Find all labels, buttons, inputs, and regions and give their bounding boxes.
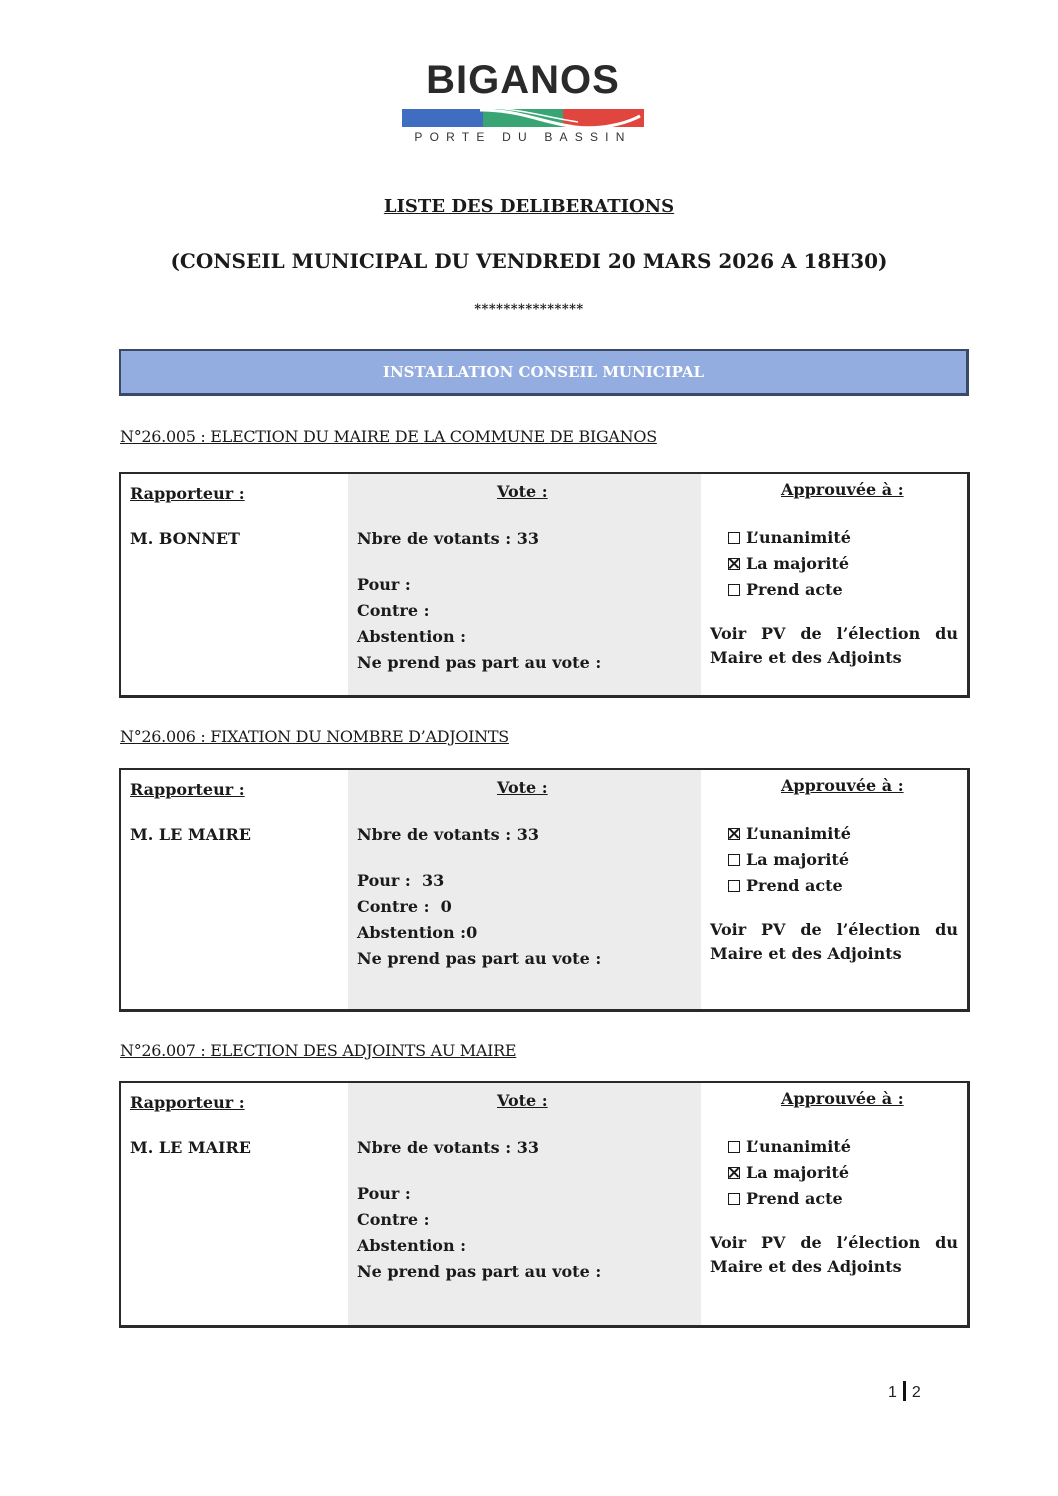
votants-value: 33 xyxy=(517,825,539,844)
abstention-row: Abstention : xyxy=(357,624,601,650)
logo-tagline: PORTE DU BASSIN xyxy=(400,130,646,144)
page-separator xyxy=(903,1381,906,1401)
ne-prend-pas-part-row: Ne prend pas part au vote : xyxy=(357,650,601,676)
option-label: Prend acte xyxy=(746,1189,843,1208)
option-majorite: La majorité xyxy=(728,1160,851,1186)
option-prend-acte: Prend acte xyxy=(728,873,851,899)
abstention-label: Abstention : xyxy=(357,627,466,646)
votants-label: Nbre de votants : xyxy=(357,825,511,844)
deliberation-title: N°26.007 : ELECTION DES ADJOINTS AU MAIR… xyxy=(120,1041,516,1060)
rapporteur-name: M. LE MAIRE xyxy=(130,1138,251,1157)
votants-value: 33 xyxy=(517,529,539,548)
abstention-row: Abstention : xyxy=(357,1233,601,1259)
note-word: l’élection xyxy=(837,1231,921,1255)
pour-label: Pour : xyxy=(357,575,411,594)
option-label: Prend acte xyxy=(746,580,843,599)
contre-label: Contre : xyxy=(357,601,430,620)
approuvee-label: Approuvée à : xyxy=(781,1089,904,1108)
vote-label: Vote : xyxy=(497,778,548,797)
rapporteur-name: M. LE MAIRE xyxy=(130,825,251,844)
checkbox-icon xyxy=(728,880,740,892)
pour-label: Pour : xyxy=(357,1184,411,1203)
note-word: Voir xyxy=(710,1231,746,1255)
abstention-value: 0 xyxy=(466,923,477,942)
checkbox-icon xyxy=(728,1141,740,1153)
deliberation-card: Rapporteur : M. LE MAIRE Vote : Nbre de … xyxy=(119,768,970,1012)
pv-note-line1: Voir PV de l’élection du xyxy=(710,1231,958,1255)
pv-note-line2: Maire et des Adjoints xyxy=(710,1255,958,1279)
option-unanimite: L’unanimité xyxy=(728,525,851,551)
abstention-label: Abstention : xyxy=(357,1236,466,1255)
note-word: du xyxy=(935,918,958,942)
option-unanimite: L’unanimité xyxy=(728,1134,851,1160)
deliberation-title: N°26.005 : ELECTION DU MAIRE DE LA COMMU… xyxy=(120,427,657,446)
option-prend-acte: Prend acte xyxy=(728,577,851,603)
pv-note: Voir PV de l’élection du Maire et des Ad… xyxy=(710,1231,958,1279)
option-label: La majorité xyxy=(746,1163,849,1182)
logo-wave-icon xyxy=(400,108,646,130)
vote-details: Nbre de votants : 33 Pour : 33 Contre : … xyxy=(357,822,601,972)
ne-prend-pas-part-label: Ne prend pas part au vote : xyxy=(357,653,601,672)
pv-note-line1: Voir PV de l’élection du xyxy=(710,918,958,942)
page-number: 12 xyxy=(888,1381,921,1402)
checkbox-icon xyxy=(728,584,740,596)
pv-note: Voir PV de l’élection du Maire et des Ad… xyxy=(710,622,958,670)
votants-value: 33 xyxy=(517,1138,539,1157)
contre-row: Contre : xyxy=(357,598,601,624)
pour-label: Pour : xyxy=(357,871,411,890)
note-word: l’élection xyxy=(837,622,921,646)
note-word: l’élection xyxy=(837,918,921,942)
option-majorite: La majorité xyxy=(728,847,851,873)
ne-prend-pas-part-row: Ne prend pas part au vote : xyxy=(357,1259,601,1285)
option-majorite: La majorité xyxy=(728,551,851,577)
note-word: de xyxy=(800,1231,821,1255)
deliberation-card: Rapporteur : M. BONNET Vote : Nbre de vo… xyxy=(119,472,970,698)
rapporteur-label: Rapporteur : xyxy=(130,780,245,799)
logo-wordmark: BIGANOS xyxy=(400,58,646,103)
approval-options: L’unanimité La majorité Prend acte xyxy=(728,1134,851,1212)
pour-value: 33 xyxy=(422,871,444,890)
rapporteur-name: M. BONNET xyxy=(130,529,240,548)
checkbox-icon xyxy=(728,854,740,866)
checked-box-icon xyxy=(728,558,740,570)
contre-value: 0 xyxy=(441,897,452,916)
deliberation-title: N°26.006 : FIXATION DU NOMBRE D’ADJOINTS xyxy=(120,727,509,746)
option-label: La majorité xyxy=(746,850,849,869)
section-banner: INSTALLATION CONSEIL MUNICIPAL xyxy=(119,349,969,396)
option-label: Prend acte xyxy=(746,876,843,895)
pv-note-line1: Voir PV de l’élection du xyxy=(710,622,958,646)
pv-note-line2: Maire et des Adjoints xyxy=(710,646,958,670)
approval-options: L’unanimité La majorité Prend acte xyxy=(728,821,851,899)
note-word: Voir xyxy=(710,918,746,942)
votants-label: Nbre de votants : xyxy=(357,529,511,548)
contre-label: Contre : xyxy=(357,1210,430,1229)
note-word: PV xyxy=(761,622,785,646)
biganos-logo: BIGANOS PORTE DU BASSIN xyxy=(400,62,646,137)
pv-note-line2: Maire et des Adjoints xyxy=(710,942,958,966)
note-word: de xyxy=(800,918,821,942)
option-unanimite: L’unanimité xyxy=(728,821,851,847)
separator-stars: *************** xyxy=(0,302,1058,317)
pv-note: Voir PV de l’élection du Maire et des Ad… xyxy=(710,918,958,966)
votants-row: Nbre de votants : 33 xyxy=(357,1135,601,1161)
option-prend-acte: Prend acte xyxy=(728,1186,851,1212)
option-label: L’unanimité xyxy=(746,824,851,843)
rapporteur-label: Rapporteur : xyxy=(130,1093,245,1112)
deliberation-card: Rapporteur : M. LE MAIRE Vote : Nbre de … xyxy=(119,1081,970,1328)
abstention-row: Abstention :0 xyxy=(357,920,601,946)
pour-row: Pour : 33 xyxy=(357,868,601,894)
current-page: 1 xyxy=(888,1384,897,1401)
option-label: L’unanimité xyxy=(746,1137,851,1156)
note-word: de xyxy=(800,622,821,646)
pour-row: Pour : xyxy=(357,572,601,598)
note-word: PV xyxy=(761,1231,785,1255)
approuvee-label: Approuvée à : xyxy=(781,480,904,499)
contre-row: Contre : 0 xyxy=(357,894,601,920)
approval-options: L’unanimité La majorité Prend acte xyxy=(728,525,851,603)
approuvee-label: Approuvée à : xyxy=(781,776,904,795)
document-title: LISTE DES DELIBERATIONS xyxy=(0,196,1058,217)
vote-label: Vote : xyxy=(497,1091,548,1110)
ne-prend-pas-part-row: Ne prend pas part au vote : xyxy=(357,946,601,972)
checked-box-icon xyxy=(728,1167,740,1179)
note-word: Voir xyxy=(710,622,746,646)
vote-details: Nbre de votants : 33 Pour : Contre : Abs… xyxy=(357,1135,601,1285)
contre-row: Contre : xyxy=(357,1207,601,1233)
note-word: du xyxy=(935,622,958,646)
votants-row: Nbre de votants : 33 xyxy=(357,526,601,552)
votants-label: Nbre de votants : xyxy=(357,1138,511,1157)
note-word: PV xyxy=(761,918,785,942)
abstention-label: Abstention : xyxy=(357,923,466,942)
contre-label: Contre : xyxy=(357,897,430,916)
checkbox-icon xyxy=(728,532,740,544)
vote-details: Nbre de votants : 33 Pour : Contre : Abs… xyxy=(357,526,601,676)
rapporteur-label: Rapporteur : xyxy=(130,484,245,503)
option-label: La majorité xyxy=(746,554,849,573)
ne-prend-pas-part-label: Ne prend pas part au vote : xyxy=(357,949,601,968)
document-subtitle: (CONSEIL MUNICIPAL DU VENDREDI 20 MARS 2… xyxy=(0,249,1058,273)
pour-row: Pour : xyxy=(357,1181,601,1207)
section-title: INSTALLATION CONSEIL MUNICIPAL xyxy=(383,363,704,381)
checkbox-icon xyxy=(728,1193,740,1205)
votants-row: Nbre de votants : 33 xyxy=(357,822,601,848)
vote-label: Vote : xyxy=(497,482,548,501)
ne-prend-pas-part-label: Ne prend pas part au vote : xyxy=(357,1262,601,1281)
total-pages: 2 xyxy=(912,1384,921,1401)
option-label: L’unanimité xyxy=(746,528,851,547)
checked-box-icon xyxy=(728,828,740,840)
note-word: du xyxy=(935,1231,958,1255)
